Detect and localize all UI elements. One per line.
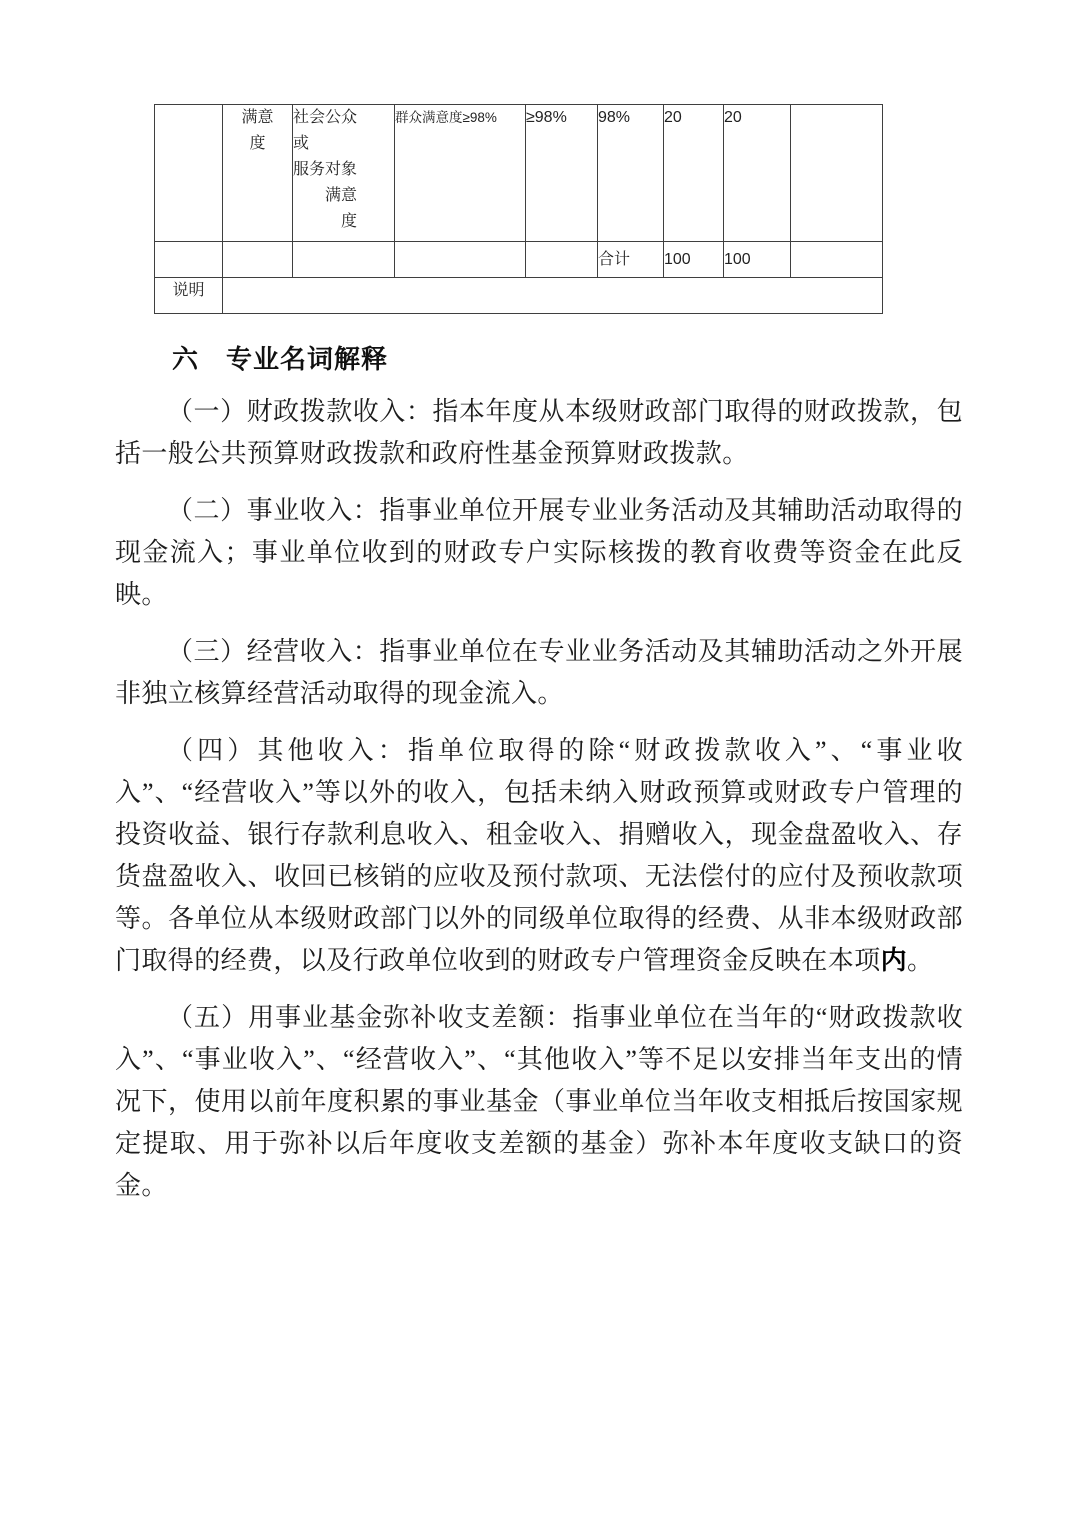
table-cell-actual-value: 98%	[598, 105, 664, 242]
definition-paragraph-1: （一）财政拨款收入：指本年度从本级财政部门取得的财政拨款，包括一般公共预算财政拨…	[115, 391, 963, 475]
table-cell-target-value: ≥98%	[526, 105, 598, 242]
table-cell-blank	[293, 242, 395, 278]
table-cell-criterion: 满意 度	[223, 105, 293, 242]
table-cell-blank	[155, 105, 223, 242]
paragraph-4-bold-char: 内	[881, 946, 907, 975]
table-cell-blank	[791, 242, 883, 278]
table-row-note: 说明	[155, 278, 883, 314]
table-cell-blank	[791, 105, 883, 242]
definition-paragraph-4: （四）其他收入：指单位取得的除“财政拨款收入”、“事业收入”、“经营收入”等以外…	[115, 730, 963, 982]
definitions-section: 六 专业名词解释 （一）财政拨款收入：指本年度从本级财政部门取得的财政拨款，包括…	[115, 339, 963, 1207]
table-cell-weight: 20	[664, 105, 724, 242]
section-heading: 六 专业名词解释	[172, 339, 963, 376]
table-cell-blank	[395, 242, 526, 278]
table-cell-blank	[155, 242, 223, 278]
table-cell-note-content	[223, 278, 883, 314]
table-cell-total-label: 合计	[598, 242, 664, 278]
table-cell-blank	[526, 242, 598, 278]
paragraph-4-tail: 。	[907, 946, 933, 975]
table-cell-score: 20	[724, 105, 791, 242]
performance-indicator-table: 满意 度 社会公众 或 服务对象 满意 度 群众满意度≥98% ≥98% 98%…	[154, 104, 883, 314]
performance-indicator-table-wrap: 满意 度 社会公众 或 服务对象 满意 度 群众满意度≥98% ≥98% 98%…	[154, 104, 1075, 314]
definition-paragraph-3: （三）经营收入：指事业单位在专业业务活动及其辅助活动之外开展非独立核算经营活动取…	[115, 631, 963, 715]
table-cell-target-group: 社会公众 或 服务对象 满意 度	[293, 105, 395, 242]
table-cell-note-label: 说明	[155, 278, 223, 314]
definition-paragraph-2: （二）事业收入：指事业单位开展专业业务活动及其辅助活动取得的现金流入；事业单位收…	[115, 490, 963, 616]
table-cell-total-score: 100	[724, 242, 791, 278]
table-row-satisfaction: 满意 度 社会公众 或 服务对象 满意 度 群众满意度≥98% ≥98% 98%…	[155, 105, 883, 242]
paragraph-4-text: （四）其他收入：指单位取得的除“财政拨款收入”、“事业收入”、“经营收入”等以外…	[115, 736, 963, 975]
table-cell-blank	[223, 242, 293, 278]
definition-paragraph-5: （五）用事业基金弥补收支差额：指事业单位在当年的“财政拨款收入”、“事业收入”、…	[115, 997, 963, 1207]
table-cell-indicator: 群众满意度≥98%	[395, 105, 526, 242]
table-row-total: 合计 100 100	[155, 242, 883, 278]
table-cell-total-weight: 100	[664, 242, 724, 278]
